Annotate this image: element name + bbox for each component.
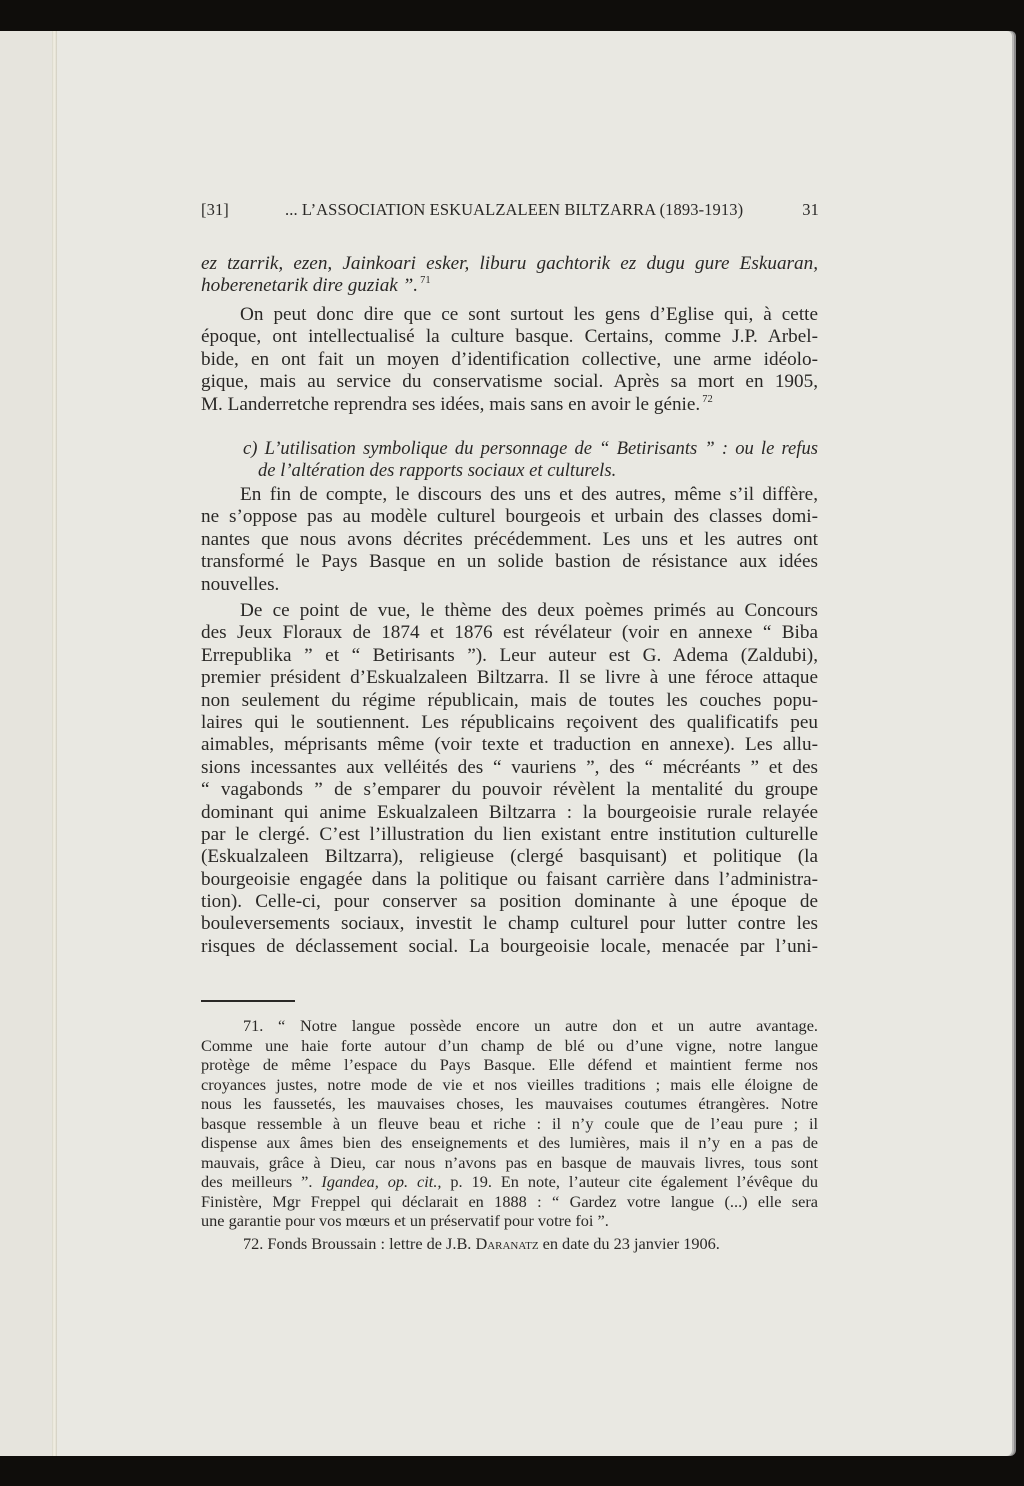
- text-line: par le clergé. C’est l’illustration du l…: [201, 824, 818, 846]
- text-line: mauvais, grâce à Dieu, car nous n’avons …: [201, 1153, 818, 1173]
- text-line: “ vagabonds ” de s’emparer du pouvoir ré…: [201, 779, 818, 801]
- text-line: risques de déclassement social. La bourg…: [201, 936, 818, 958]
- text-line: premier président d’Eskualzaleen Biltzar…: [201, 667, 818, 689]
- quote-continuation: ez tzarrik, ezen, Jainkoari esker, libur…: [201, 253, 818, 298]
- author-name: Daranatz: [475, 1234, 538, 1253]
- text-line: nantes que nous avons décrites précédemm…: [201, 529, 818, 551]
- text-line: 72. Fonds Broussain : lettre de J.B. Dar…: [201, 1234, 818, 1254]
- footnote-72: 72. Fonds Broussain : lettre de J.B. Dar…: [201, 1234, 818, 1254]
- text-line: croyances justes, notre mode de vie et n…: [201, 1075, 818, 1095]
- text-line: En fin de compte, le discours des uns et…: [201, 484, 818, 506]
- footnote-ref-72[interactable]: 72: [702, 394, 713, 405]
- text-fragment: p. 19. En note, l’auteur cite également …: [441, 1172, 818, 1191]
- text-line: On peut donc dire que ce sont surtout le…: [201, 304, 818, 326]
- text-line: protège de même l’espace du Pays Basque.…: [201, 1055, 818, 1075]
- text-line: c) L’utilisation symbolique du personnag…: [201, 438, 818, 460]
- text-line: gique, mais au service du conservatisme …: [201, 371, 818, 393]
- text-line: dispense aux âmes bien des enseignements…: [201, 1133, 818, 1153]
- text-line: (Eskualzaleen Biltzarra), religieuse (cl…: [201, 846, 818, 868]
- text-line: nouvelles.: [201, 574, 818, 596]
- text-line: ne s’oppose pas au modèle culturel bourg…: [201, 506, 818, 528]
- footnote-ref-71[interactable]: 71: [420, 275, 431, 286]
- text-line: bourgeoisie engagée dans la politique ou…: [201, 869, 818, 891]
- text-fragment: des meilleurs ”.: [201, 1172, 321, 1191]
- footnote-71: 71. “ Notre langue possède encore un aut…: [201, 1016, 818, 1231]
- text-line: nous les faussetés, les mauvaises choses…: [201, 1094, 818, 1114]
- text-line: tion). Celle-ci, pour conserver sa posit…: [201, 891, 818, 913]
- text-line: bide, en ont fait un moyen d’identificat…: [201, 349, 818, 371]
- page-number: 31: [802, 200, 819, 220]
- text-fragment: en date du 23 janvier 1906.: [539, 1234, 720, 1253]
- text-line: sions incessantes aux velléités des “ va…: [201, 757, 818, 779]
- footnote-separator: [201, 1000, 295, 1002]
- text-line: aimables, méprisants même (voir texte et…: [201, 734, 818, 756]
- text-line: Comme une haie forte autour d’un champ d…: [201, 1036, 818, 1056]
- text-line: de l’altération des rapports sociaux et …: [201, 460, 818, 482]
- facing-page-edge: [0, 31, 52, 1456]
- book-page: [31] ... L’ASSOCIATION ESKUALZALEEN BILT…: [0, 31, 1012, 1456]
- text-line: basque ressemble à un fleuve beau et ric…: [201, 1114, 818, 1134]
- citation-title: Igandea, op. cit.,: [321, 1172, 441, 1191]
- text-line: époque, ont intellectualisé la culture b…: [201, 326, 818, 348]
- text-fragment: M. Landerretche reprendra ses idées, mai…: [201, 394, 700, 415]
- text-line: Errepublika ” et “ Betirisants ”). Leur …: [201, 645, 818, 667]
- text-line: des Jeux Floraux de 1874 et 1876 est rév…: [201, 622, 818, 644]
- text-line: laires qui le soutiennent. Les républica…: [201, 712, 818, 734]
- text-line: bouleversements sociaux, investit le cha…: [201, 913, 818, 935]
- paragraph-2: En fin de compte, le discours des uns et…: [201, 484, 818, 596]
- running-header: [31] ... L’ASSOCIATION ESKUALZALEEN BILT…: [201, 200, 819, 222]
- paragraph-3: De ce point de vue, le thème des deux po…: [201, 600, 818, 958]
- text-line: hoberenetarik dire guziak ”.71: [201, 275, 818, 297]
- text-line: des meilleurs ”. Igandea, op. cit., p. 1…: [201, 1172, 818, 1192]
- paragraph-1: On peut donc dire que ce sont surtout le…: [201, 304, 818, 416]
- text-line: Finistère, Mgr Freppel qui déclarait en …: [201, 1192, 818, 1212]
- book-gutter-fold: [52, 31, 57, 1456]
- text-line: De ce point de vue, le thème des deux po…: [201, 600, 818, 622]
- text-line: 71. “ Notre langue possède encore un aut…: [201, 1016, 818, 1036]
- running-title: ... L’ASSOCIATION ESKUALZALEEN BILTZARRA…: [285, 200, 743, 220]
- text-fragment: hoberenetarik dire guziak ”.: [201, 275, 418, 296]
- text-line: M. Landerretche reprendra ses idées, mai…: [201, 394, 818, 416]
- page-reference: [31]: [201, 200, 229, 220]
- text-line: transformé le Pays Basque en un solide b…: [201, 551, 818, 573]
- text-line: ez tzarrik, ezen, Jainkoari esker, libur…: [201, 253, 818, 275]
- section-heading: c) L’utilisation symbolique du personnag…: [201, 438, 818, 483]
- text-fragment: 72. Fonds Broussain : lettre de J.B.: [243, 1234, 475, 1253]
- text-line: dominant qui anime Eskualzaleen Biltzarr…: [201, 802, 818, 824]
- text-line: une garantie pour vos mœurs et un préser…: [201, 1211, 818, 1231]
- text-line: non seulement du régime républicain, mai…: [201, 690, 818, 712]
